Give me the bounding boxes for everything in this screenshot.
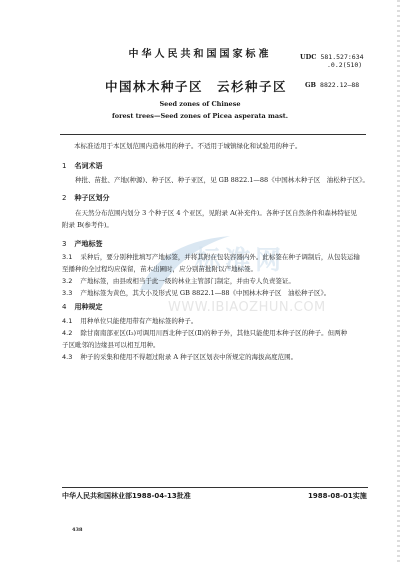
section-4-heading: 4用种规定 (62, 302, 102, 312)
scope-paragraph: 本标准适用于本区划范围内造林用的种子。不适用于城镇绿化和试验用的种子。 (74, 141, 370, 152)
clause-4-2: 4.2除甘南南部亚区(Ⅰ₂)可调用川西北种子区(Ⅱ)的种子外，其他只能使用本种子… (62, 328, 368, 339)
clause-3-1-cont: 至播种的全过程均应保留，苗木出圃时，应分别苗批附以产地标签。 (62, 264, 368, 275)
watermark-url: WWW.IBIAOZHUN.COM (168, 300, 326, 315)
footer-divider (62, 487, 368, 488)
implementation-date: 1988-08-01实施 (308, 491, 367, 501)
udc-line2: .0.2(510) (300, 61, 364, 69)
header-divider (60, 134, 366, 136)
section-3-title: 产地标签 (74, 240, 102, 248)
section-1-text: 种批、苗批、产地(种源)、种子区、种子亚区，见 GB 8822.1—88《中国林… (75, 175, 371, 186)
title-main: 中国林木种子区 (105, 79, 203, 94)
section-2-heading: 2种子区划分 (62, 193, 109, 203)
udc-code: UDC581.527:634 .0.2(510) (300, 53, 364, 69)
section-2-text-line2: 附录 B(参考件)。 (62, 220, 358, 231)
udc-line1: 581.527:634 (320, 53, 363, 61)
gb-number: 8822.12—88 (320, 81, 359, 89)
section-2-title: 种子区划分 (74, 194, 109, 202)
gb-label: GB (305, 81, 316, 89)
clause-4-1: 4.1用种单位只能使用带有产地标签的种子。 (62, 316, 368, 327)
document-title-zh: 中国林木种子区云杉种子区 (105, 77, 287, 95)
clause-4-2-cont: 子区毗邻的边缘县可以相互用种。 (62, 340, 368, 351)
title-sub: 云杉种子区 (217, 79, 287, 94)
clause-3-3: 3.3产地标签为黄色，其大小及形式见 GB 8822.1—88《中国林木种子区 … (62, 288, 368, 299)
gb-standard-number: GB8822.12—88 (305, 81, 359, 89)
section-1-title: 名词术语 (74, 162, 102, 170)
section-4-title: 用种规定 (74, 303, 102, 311)
page-number: 438 (72, 527, 82, 533)
section-1-heading: 1名词术语 (62, 161, 102, 171)
document-title-en-line2: forest trees—Seed zones of Picea asperat… (0, 112, 400, 120)
document-title-en-line1: Seed zones of Chinese (0, 100, 400, 108)
approval-info: 中华人民共和国林业部1988-04-13批准 (62, 491, 191, 501)
udc-label: UDC (300, 53, 316, 61)
section-3-heading: 3产地标签 (62, 239, 102, 249)
clause-3-1: 3.1采种后，要分别种批填写产地标签，并将其附在包装容器内外。此标签在种子调制后… (62, 252, 368, 263)
section-2-text-line1: 在天然分布范围内划分 3 个种子区 4 个亚区，见附录 A(补充件)。各种子区自… (75, 208, 371, 219)
clause-4-3: 4.3种子的采集和使用不得超过附录 A 种子区区划表中所规定的海拔高度范围。 (62, 352, 368, 363)
clause-3-2: 3.2产地标签，由县或相当于此一级的林业主管部门制定，并由专人负责签证。 (62, 276, 368, 287)
